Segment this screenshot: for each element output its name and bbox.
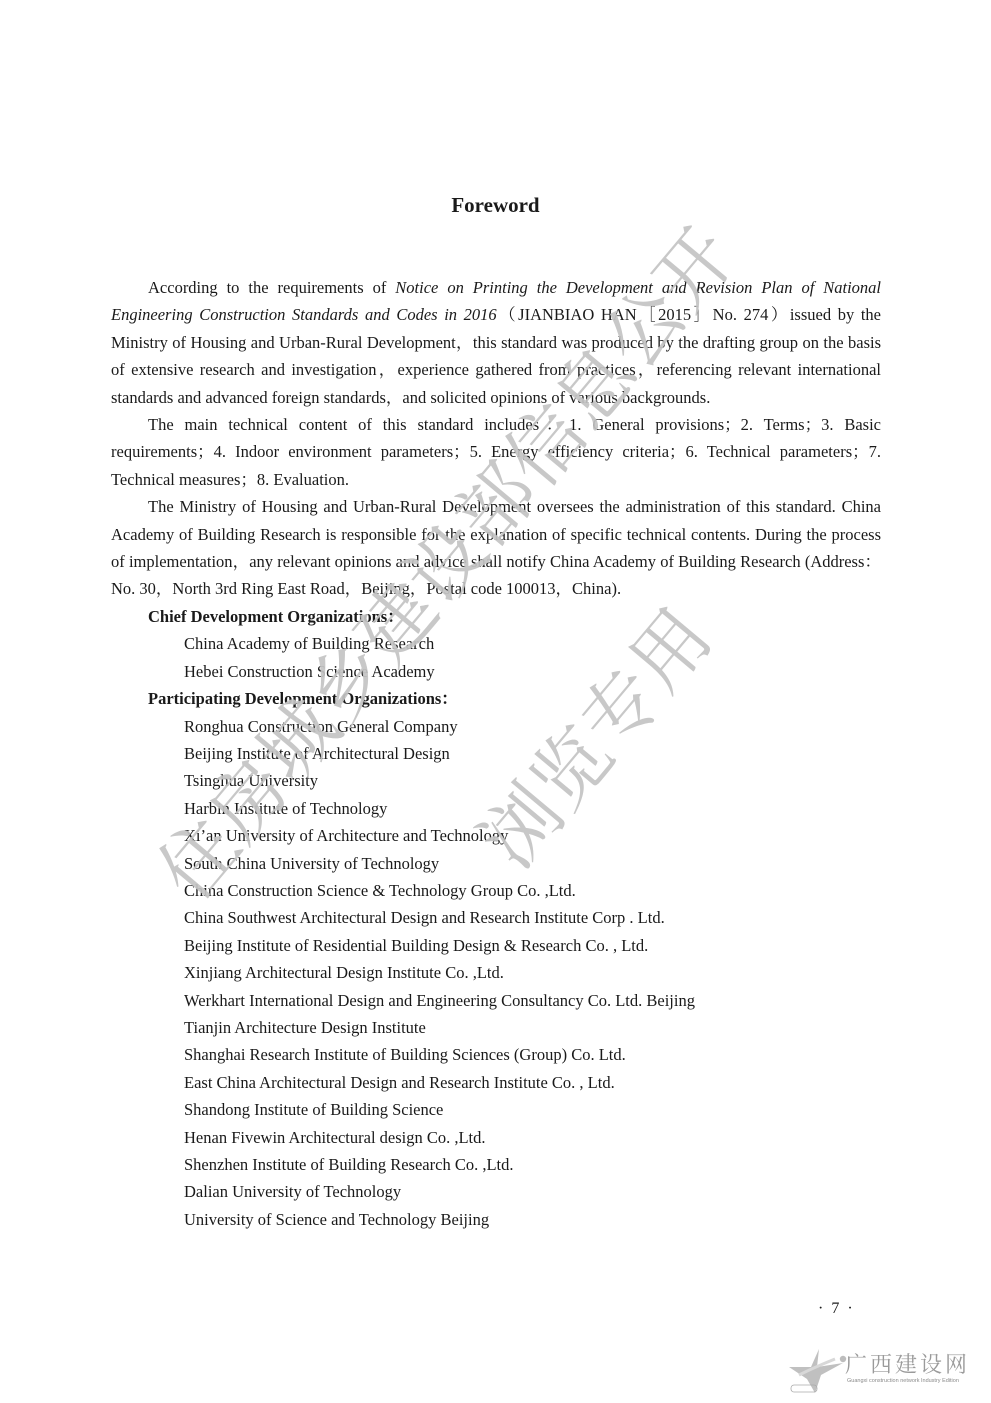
paragraph-technical-content: The main technical content of this stand… xyxy=(111,411,881,493)
list-item: Shandong Institute of Building Science xyxy=(111,1096,881,1123)
logo-title: 广西建设网 xyxy=(845,1348,970,1379)
list-item: Henan Fivewin Architectural design Co. ,… xyxy=(111,1124,881,1151)
list-item: Tsinghua University xyxy=(111,767,881,794)
participating-organizations-heading: Participating Development Organizations： xyxy=(111,685,881,712)
list-item: Harbin Institute of Technology xyxy=(111,795,881,822)
list-item: Shenzhen Institute of Building Research … xyxy=(111,1151,881,1178)
paragraph-notice: According to the requirements of Notice … xyxy=(111,274,881,411)
list-item: Shanghai Research Institute of Building … xyxy=(111,1041,881,1068)
participating-organizations-list: Ronghua Construction General Company Bei… xyxy=(111,713,881,1234)
list-item: Beijing Institute of Architectural Desig… xyxy=(111,740,881,767)
star-logo-icon xyxy=(785,1345,847,1395)
logo-subtitle: Guangxi construction network Industry Ed… xyxy=(847,1378,959,1384)
list-item: East China Architectural Design and Rese… xyxy=(111,1069,881,1096)
list-item: Xinjiang Architectural Design Institute … xyxy=(111,959,881,986)
list-item: China Academy of Building Research xyxy=(111,630,881,657)
page-title: Foreword xyxy=(0,193,991,218)
list-item: China Southwest Architectural Design and… xyxy=(111,904,881,931)
foreword-body: According to the requirements of Notice … xyxy=(111,274,881,1233)
paragraph-notice-lead: According to the requirements of xyxy=(148,278,395,297)
chief-organizations-heading: Chief Development Organizations： xyxy=(111,603,881,630)
list-item: Xi’an University of Architecture and Tec… xyxy=(111,822,881,849)
page-number: · 7 · xyxy=(818,1300,855,1318)
chief-organizations-list: China Academy of Building Research Hebei… xyxy=(111,630,881,685)
site-logo: 广西建设网 Guangxi construction network Indus… xyxy=(785,1345,985,1395)
list-item: Dalian University of Technology xyxy=(111,1178,881,1205)
paragraph-administration: The Ministry of Housing and Urban-Rural … xyxy=(111,493,881,603)
list-item: Werkhart International Design and Engine… xyxy=(111,987,881,1014)
list-item: China Construction Science & Technology … xyxy=(111,877,881,904)
document-page: Foreword According to the requirements o… xyxy=(0,0,991,1403)
list-item: Hebei Construction Science Academy xyxy=(111,658,881,685)
list-item: South China University of Technology xyxy=(111,850,881,877)
list-item: University of Science and Technology Bei… xyxy=(111,1206,881,1233)
list-item: Tianjin Architecture Design Institute xyxy=(111,1014,881,1041)
list-item: Ronghua Construction General Company xyxy=(111,713,881,740)
list-item: Beijing Institute of Residential Buildin… xyxy=(111,932,881,959)
